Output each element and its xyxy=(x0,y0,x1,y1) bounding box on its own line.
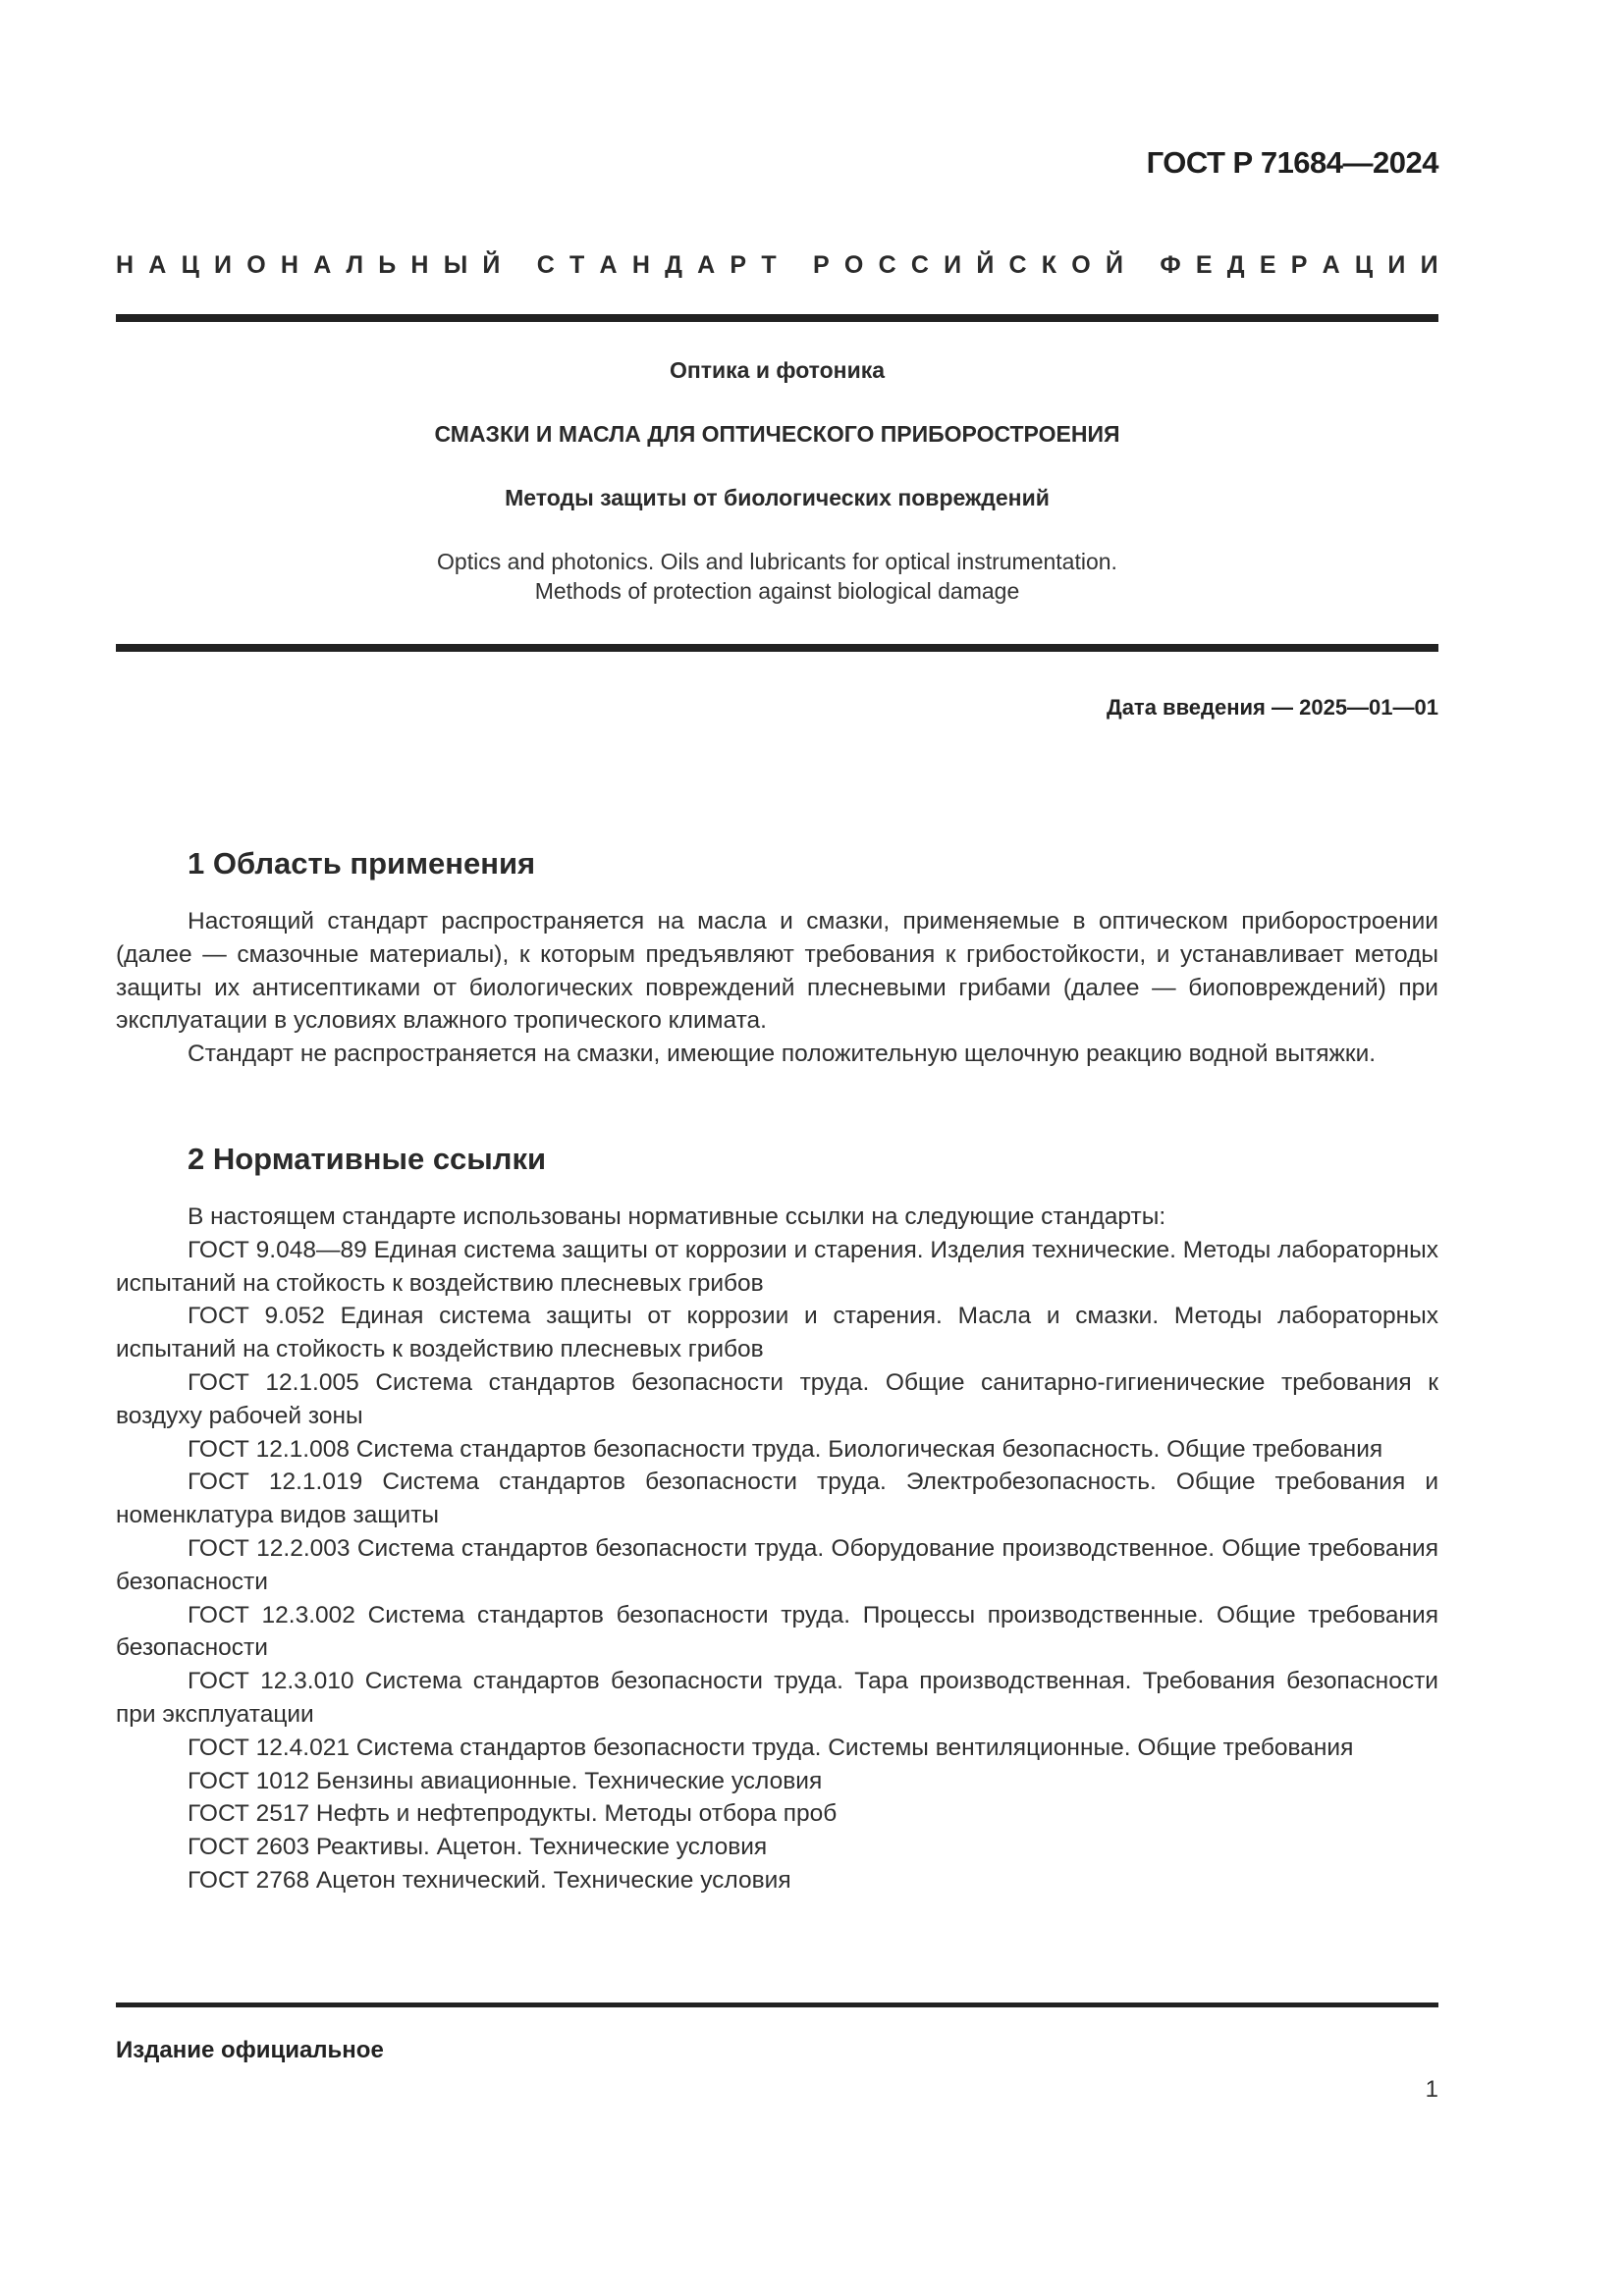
banner-letter: Д xyxy=(1227,251,1245,280)
footer-divider xyxy=(116,2002,1438,2007)
document-subtitle: Методы защиты от биологических поврежден… xyxy=(116,485,1438,511)
section-2-body: В настоящем стандарте использованы норма… xyxy=(116,1201,1438,1897)
banner-letter: Е xyxy=(1260,251,1276,280)
banner-letter: А xyxy=(1323,251,1340,280)
reference-item: ГОСТ 12.1.008 Система стандартов безопас… xyxy=(116,1433,1438,1467)
banner-letter: А xyxy=(313,251,331,280)
banner-letter: Е xyxy=(1196,251,1213,280)
reference-item: ГОСТ 12.4.021 Система стандартов безопас… xyxy=(116,1732,1438,1765)
official-edition-label: Издание официальное xyxy=(116,2037,384,2064)
document-number: ГОСТ Р 71684—2024 xyxy=(1147,145,1438,181)
banner-letter: И xyxy=(1421,251,1438,280)
section-1-body: Настоящий стандарт распространяется на м… xyxy=(116,905,1438,1071)
banner-letter xyxy=(1138,251,1145,280)
banner-letter: И xyxy=(214,251,232,280)
banner-letter: Д xyxy=(665,251,682,280)
banner-letter: Н xyxy=(116,251,134,280)
section-2-heading: 2 Нормативные ссылки xyxy=(188,1142,546,1177)
title-divider xyxy=(116,644,1438,652)
banner-letter: Ы xyxy=(444,251,467,280)
banner-letter: С xyxy=(879,251,896,280)
paragraph: Настоящий стандарт распространяется на м… xyxy=(116,905,1438,1038)
paragraph: В настоящем стандарте использованы норма… xyxy=(116,1201,1438,1234)
banner-letter: Л xyxy=(346,251,363,280)
banner-letter: О xyxy=(1071,251,1090,280)
banner-letter: Н xyxy=(632,251,650,280)
introduction-date: Дата введения — 2025—01—01 xyxy=(1107,695,1438,721)
banner-letter: С xyxy=(911,251,929,280)
banner-letter: С xyxy=(1009,251,1027,280)
banner-letter: О xyxy=(844,251,863,280)
banner-letter: А xyxy=(697,251,715,280)
banner-letter: Й xyxy=(976,251,994,280)
reference-item: ГОСТ 1012 Бензины авиационные. Техническ… xyxy=(116,1765,1438,1798)
document-title: СМАЗКИ И МАСЛА ДЛЯ ОПТИЧЕСКОГО ПРИБОРОСТ… xyxy=(116,421,1438,448)
reference-item: ГОСТ 12.1.019 Система стандартов безопас… xyxy=(116,1466,1438,1532)
banner-letter: Р xyxy=(730,251,746,280)
banner-letter xyxy=(515,251,522,280)
banner-letter: Р xyxy=(1291,251,1308,280)
banner-letter: И xyxy=(1387,251,1405,280)
banner-letter xyxy=(791,251,798,280)
reference-item: ГОСТ 2517 Нефть и нефтепродукты. Методы … xyxy=(116,1797,1438,1831)
page-number: 1 xyxy=(1426,2076,1438,2104)
banner-letter: Т xyxy=(569,251,584,280)
reference-item: ГОСТ 9.048—89 Единая система защиты от к… xyxy=(116,1234,1438,1301)
english-title-line-2: Methods of protection against biological… xyxy=(116,576,1438,606)
paragraph: Стандарт не распространяется на смазки, … xyxy=(116,1038,1438,1071)
reference-item: ГОСТ 12.1.005 Система стандартов безопас… xyxy=(116,1366,1438,1433)
english-title-line-1: Optics and photonics. Oils and lubricant… xyxy=(116,547,1438,576)
banner-letter: Т xyxy=(761,251,776,280)
banner-letter: Ц xyxy=(182,251,199,280)
banner-letter: И xyxy=(944,251,961,280)
banner-letter: Р xyxy=(813,251,830,280)
reference-item: ГОСТ 2768 Ацетон технический. Технически… xyxy=(116,1864,1438,1897)
reference-item: ГОСТ 9.052 Единая система защиты от корр… xyxy=(116,1300,1438,1366)
banner-letter: С xyxy=(537,251,555,280)
reference-item: ГОСТ 12.3.010 Система стандартов безопас… xyxy=(116,1665,1438,1732)
banner-letter: К xyxy=(1042,251,1056,280)
banner-letter: Ф xyxy=(1160,251,1180,280)
reference-item: ГОСТ 12.2.003 Система стандартов безопас… xyxy=(116,1532,1438,1599)
banner-letter: Й xyxy=(1106,251,1123,280)
english-title: Optics and photonics. Oils and lubricant… xyxy=(116,547,1438,606)
banner-letter: Ц xyxy=(1355,251,1373,280)
banner-letter: Н xyxy=(281,251,298,280)
banner-letter: Й xyxy=(482,251,500,280)
header-divider xyxy=(116,314,1438,322)
banner-letter: Ь xyxy=(378,251,396,280)
banner-letter: А xyxy=(600,251,618,280)
banner-letter: А xyxy=(148,251,166,280)
section-1-heading: 1 Область применения xyxy=(188,846,535,881)
subject-area: Оптика и фотоника xyxy=(116,357,1438,384)
reference-item: ГОСТ 12.3.002 Система стандартов безопас… xyxy=(116,1599,1438,1666)
national-standard-banner: НАЦИОНАЛЬНЫЙ СТАНДАРТ РОССИЙСКОЙ ФЕДЕРАЦ… xyxy=(116,251,1438,280)
reference-item: ГОСТ 2603 Реактивы. Ацетон. Технические … xyxy=(116,1831,1438,1864)
banner-letter: Н xyxy=(410,251,428,280)
banner-letter: О xyxy=(246,251,265,280)
